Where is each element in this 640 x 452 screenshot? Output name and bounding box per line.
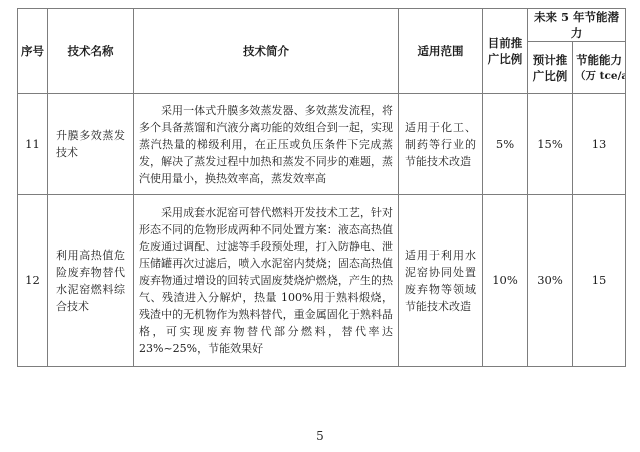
row11-saving-capacity: 13 xyxy=(573,94,626,195)
row11-expected-ratio: 15% xyxy=(528,94,573,195)
row11-brief-text: 采用一体式升膜多效蒸发器、多效蒸发流程，将多个具备蒸馏和汽液分离功能的效组合到一… xyxy=(139,102,393,187)
row12-applicable-scope: 适用于利用水泥窑协同处置废弃物等领域节能技术改造 xyxy=(399,195,483,367)
header-col-expected-ratio: 预计推广比例 xyxy=(528,42,573,94)
header-saving-capacity-unit: （万 tce/a） xyxy=(575,68,623,84)
row11-technology-brief: 采用一体式升膜多效蒸发器、多效蒸发流程，将多个具备蒸馏和汽液分离功能的效组合到一… xyxy=(134,94,399,195)
row12-brief-text: 采用成套水泥窑可替代燃料开发技术工艺，针对形态不同的危物形成两种不同处置方案：液… xyxy=(139,204,393,357)
header-col-current-ratio: 目前推广比例 xyxy=(483,9,528,94)
row11-technology-name: 升膜多效蒸发技术 xyxy=(48,94,134,195)
header-col-scope: 适用范围 xyxy=(399,9,483,94)
page-number: 5 xyxy=(0,429,640,443)
header-col-brief: 技术简介 xyxy=(134,9,399,94)
header-saving-capacity-title: 节能能力 xyxy=(575,52,623,68)
row12-technology-name: 利用高热值危险废弃物替代水泥窑燃料综合技术 xyxy=(48,195,134,367)
header-col-index: 序号 xyxy=(18,9,48,94)
row12-technology-brief: 采用成套水泥窑可替代燃料开发技术工艺，针对形态不同的危物形成两种不同处置方案：液… xyxy=(134,195,399,367)
header-col-future-group: 未来 5 年节能潜力 xyxy=(528,9,626,42)
row11-index: 11 xyxy=(18,94,48,195)
row12-index: 12 xyxy=(18,195,48,367)
header-col-saving-capacity: 节能能力 （万 tce/a） xyxy=(573,42,626,94)
row11-current-ratio: 5% xyxy=(483,94,528,195)
header-col-name: 技术名称 xyxy=(48,9,134,94)
energy-saving-technology-table: 序号 技术名称 技术简介 适用范围 目前推广比例 未来 5 年节能潜力 预计推广… xyxy=(17,8,626,367)
row12-current-ratio: 10% xyxy=(483,195,528,367)
row12-saving-capacity: 15 xyxy=(573,195,626,367)
document-page: 序号 技术名称 技术简介 适用范围 目前推广比例 未来 5 年节能潜力 预计推广… xyxy=(0,0,640,452)
row12-expected-ratio: 30% xyxy=(528,195,573,367)
row11-applicable-scope: 适用于化工、制药等行业的节能技术改造 xyxy=(399,94,483,195)
table-row: 11 升膜多效蒸发技术 采用一体式升膜多效蒸发器、多效蒸发流程，将多个具备蒸馏和… xyxy=(18,94,626,195)
table-row: 12 利用高热值危险废弃物替代水泥窑燃料综合技术 采用成套水泥窑可替代燃料开发技… xyxy=(18,195,626,367)
